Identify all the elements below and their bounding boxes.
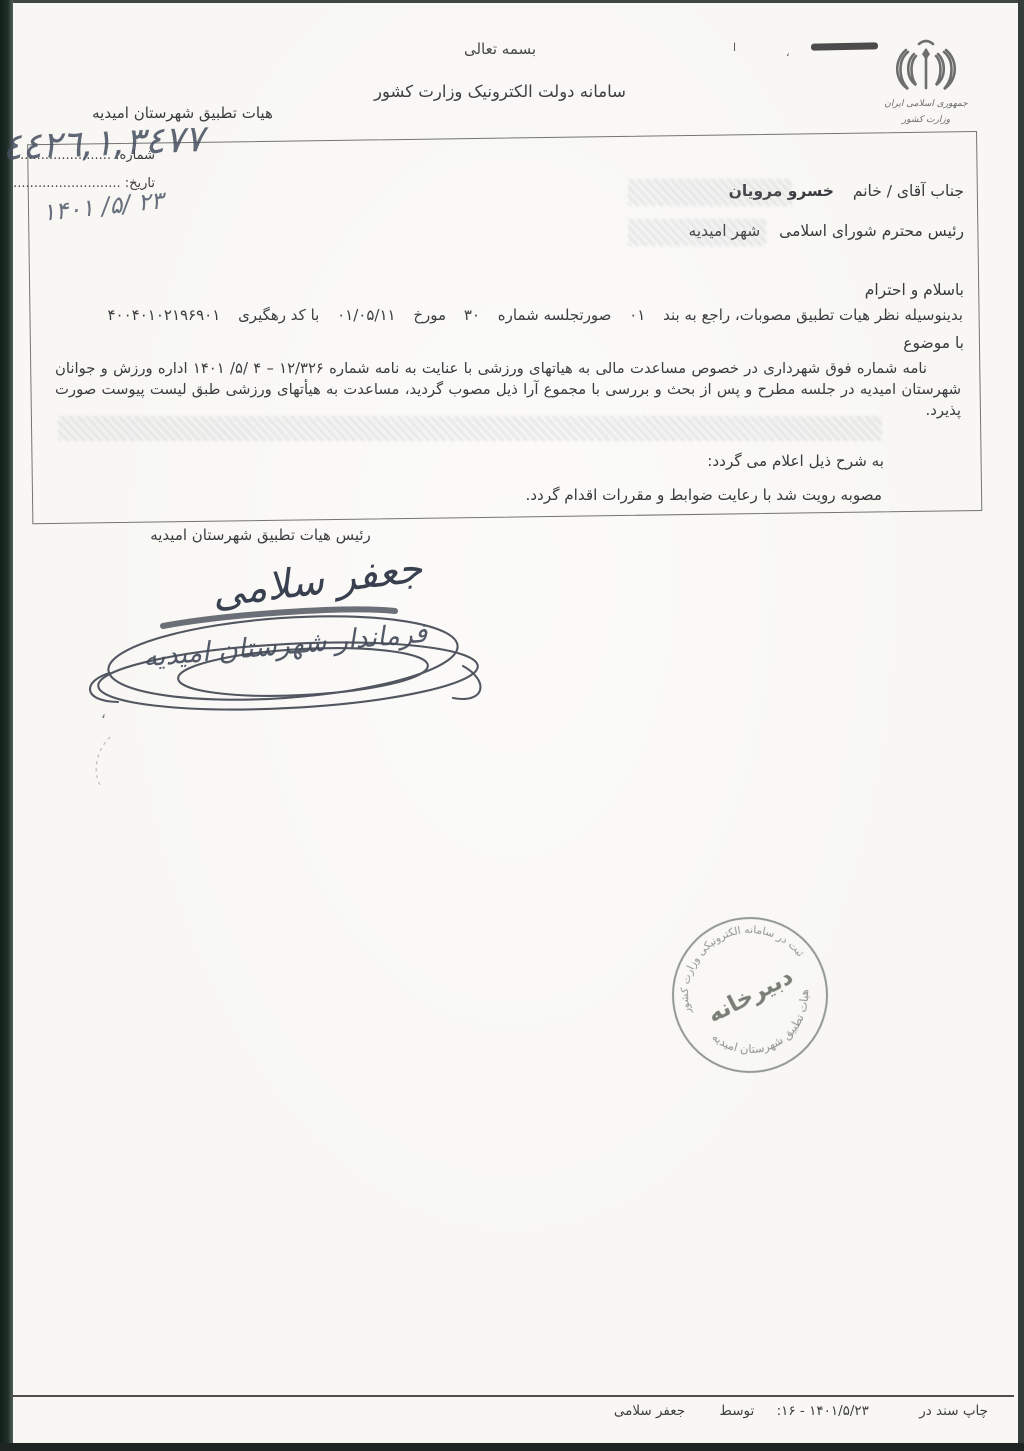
minutes-label: صورتجلسه شماره bbox=[498, 306, 612, 324]
recipient-title: رئیس محترم شورای اسلامی bbox=[779, 222, 964, 240]
footer-printed-label: چاپ سند در bbox=[919, 1403, 988, 1419]
decision-line: مصوبه رویت شد با رعایت ضوابط و مقررات اق… bbox=[525, 486, 882, 504]
pen-stray-arc bbox=[88, 733, 120, 791]
announce-line: به شرح ذیل اعلام می گردد: bbox=[707, 452, 884, 470]
signature-name-script: جعفر سلامی bbox=[210, 548, 425, 617]
footer-rule bbox=[10, 1395, 1014, 1397]
scan-edge-right bbox=[1018, 0, 1024, 1451]
scan-edge-bottom bbox=[0, 1443, 1024, 1451]
iran-emblem-icon: جمهوری اسلامی ایران وزارت کشور bbox=[870, 30, 982, 138]
emblem-caption-2: وزارت کشور bbox=[901, 115, 951, 125]
clause-number: ۰۱ bbox=[629, 306, 645, 324]
minutes-date: ۰۱/۰۵/۱۱ bbox=[337, 306, 395, 324]
secretariat-stamp: ثبت در سامانه الکترونیکی وزارت کشور دبیر… bbox=[624, 869, 877, 1122]
bismillah-text: بسمه تعالی bbox=[380, 40, 620, 58]
redacted-area bbox=[628, 219, 766, 246]
emblem-caption-1: جمهوری اسلامی ایران bbox=[884, 99, 968, 109]
dated-label: مورخ bbox=[413, 306, 446, 324]
footer-by-label: توسط bbox=[719, 1403, 754, 1419]
intro-text: بدینوسیله نظر هیات تطبیق مصوبات، راجع به… bbox=[663, 306, 963, 324]
signature-scribble-text: فرماندار شهرستان امیدیه bbox=[142, 618, 430, 674]
footer-by-name: جعفر سلامی bbox=[614, 1403, 685, 1419]
scan-speck: ا bbox=[733, 41, 736, 54]
recipient-salutation: جناب آقای / خانم bbox=[853, 182, 964, 200]
signer-title: رئیس هیات تطبیق شهرستان امیدیه bbox=[138, 526, 383, 544]
stamp-center-text: دبیرخانه bbox=[704, 963, 798, 1028]
scan-speck: ، bbox=[786, 46, 790, 59]
redaction-bar bbox=[811, 42, 878, 50]
handwritten-signature: جعفر سلامی فرماندار شهرستان امیدیه bbox=[68, 548, 508, 718]
greeting: باسلام و احترام bbox=[865, 281, 964, 299]
footer-print-line: چاپ سند در :۱۶ - ۱۴۰۱/۵/۲۳ توسط جعفر سلا… bbox=[614, 1403, 988, 1419]
tracking-code: ۴۰۰۴۰۱۰۲۱۹۶۹۰۱ bbox=[107, 306, 220, 324]
system-title: سامانه دولت الکترونیک وزارت کشور bbox=[320, 82, 680, 101]
scanned-letter-page: بسمه تعالی سامانه دولت الکترونیک وزارت ک… bbox=[0, 0, 1024, 1451]
date-dotted-line: .......................... bbox=[13, 176, 120, 191]
scan-edge-top bbox=[0, 0, 1024, 3]
intro-line: بدینوسیله نظر هیات تطبیق مصوبات، راجع به… bbox=[28, 306, 979, 324]
minutes-number: ۳۰ bbox=[464, 306, 480, 324]
footer-time-date: :۱۶ - ۱۴۰۱/۵/۲۳ bbox=[777, 1403, 869, 1419]
pen-stray-mark: ، bbox=[101, 704, 106, 722]
redacted-area bbox=[628, 179, 792, 206]
subject-label: با موضوع bbox=[903, 334, 964, 352]
tracking-label: با کد رهگیری bbox=[238, 306, 319, 324]
subject-paragraph: نامه شماره فوق شهرداری در خصوص مساعدت ما… bbox=[55, 358, 961, 421]
scan-edge-left bbox=[0, 0, 13, 1451]
redacted-strip bbox=[58, 416, 882, 441]
